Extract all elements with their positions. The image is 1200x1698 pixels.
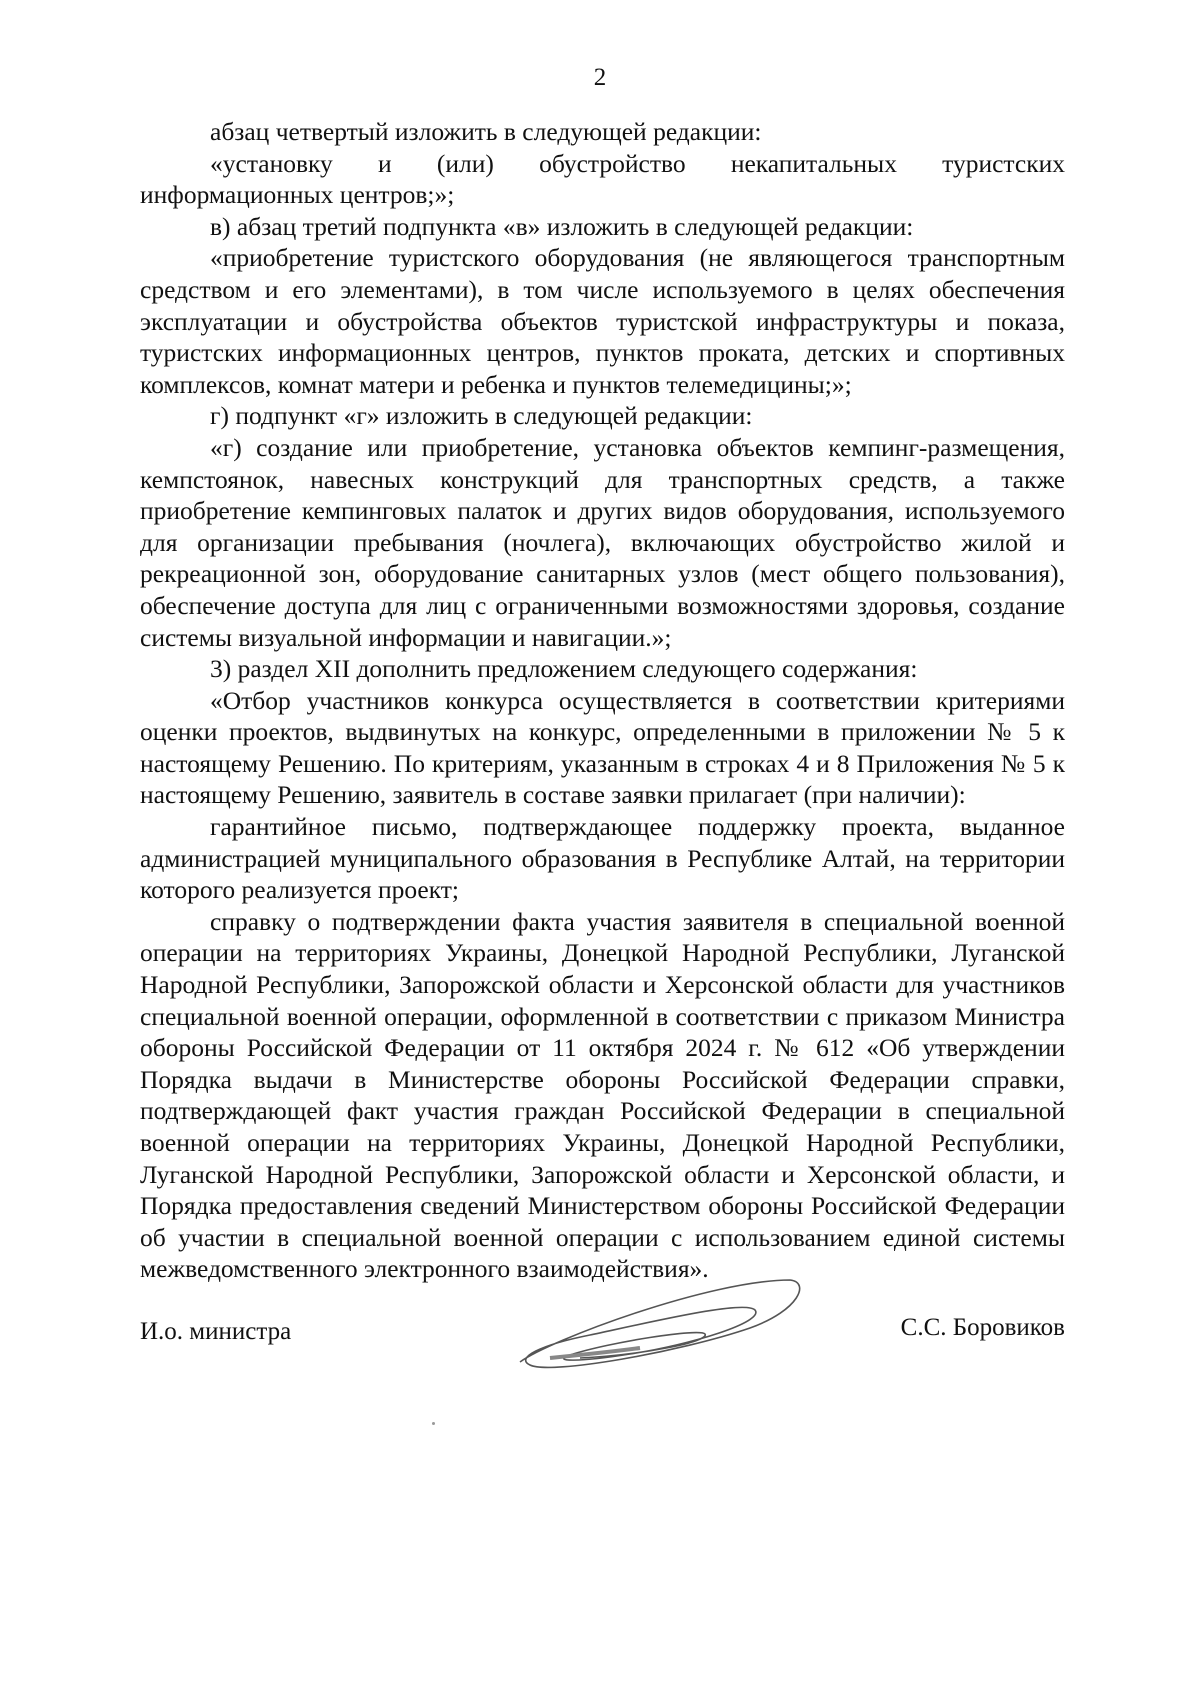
handwritten-signature-icon — [510, 1270, 810, 1380]
paragraph: «приобретение туристского оборудования (… — [140, 242, 1065, 400]
signatory-title: И.о. министра — [140, 1318, 291, 1346]
paragraph: «г) создание или приобретение, установка… — [140, 432, 1065, 653]
scan-speck — [432, 1422, 435, 1425]
paragraph: г) подпункт «г» изложить в следующей ред… — [140, 400, 1065, 432]
signatory-name: С.С. Боровиков — [901, 1314, 1065, 1342]
paragraph: гарантийное письмо, подтверждающее подде… — [140, 811, 1065, 906]
paragraph: абзац четвертый изложить в следующей ред… — [140, 116, 1065, 148]
page-number: 2 — [0, 64, 1200, 92]
paragraph: «установку и (или) обустройство некапита… — [140, 148, 1065, 211]
paragraph: «Отбор участников конкурса осуществляетс… — [140, 685, 1065, 811]
paragraph: справку о подтверждении факта участия за… — [140, 906, 1065, 1285]
paragraph: в) абзац третий подпункта «в» изложить в… — [140, 211, 1065, 243]
paragraph: 3) раздел XII дополнить предложением сле… — [140, 653, 1065, 685]
signature-block: И.о. министра С.С. Боровиков — [140, 1310, 1065, 1390]
document-body: абзац четвертый изложить в следующей ред… — [140, 116, 1065, 1285]
